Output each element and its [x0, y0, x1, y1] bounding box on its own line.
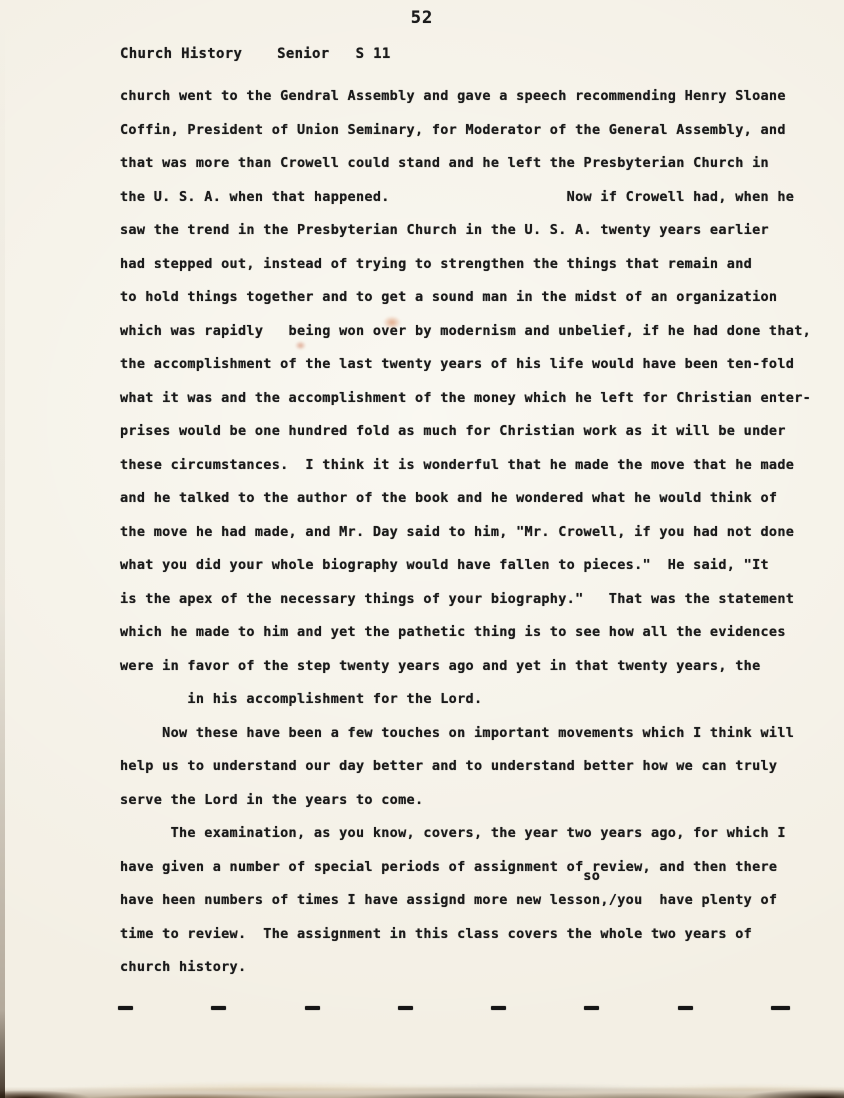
typed-line: the U. S. A. when that happened. Now if … — [120, 181, 830, 215]
typed-line: in his accomplishment for the Lord. — [120, 683, 830, 717]
typed-line: have heen numbers of times I have assign… — [120, 884, 830, 918]
typed-dash-mark — [398, 1006, 413, 1011]
typed-line: time to review. The assignment in this c… — [120, 918, 830, 952]
typed-body-text: church went to the Gendral Assembly and … — [120, 80, 830, 985]
typed-line: the accomplishment of the last twenty ye… — [120, 348, 830, 382]
scanned-typescript-page: 52 Church History Senior S 11 church wen… — [0, 0, 844, 1098]
scan-bottom-edge-shadow — [0, 1083, 844, 1098]
typed-dash-mark — [491, 1006, 506, 1011]
typed-line: is the apex of the necessary things of y… — [120, 583, 830, 617]
typed-line: were in favor of the step twenty years a… — [120, 650, 830, 684]
typed-line: that was more than Crowell could stand a… — [120, 147, 830, 181]
scan-left-edge-shadow — [0, 0, 5, 1098]
scan-bottom-haze — [0, 1061, 844, 1091]
typed-line: Coffin, President of Union Seminary, for… — [120, 114, 830, 148]
typed-line: The examination, as you know, covers, th… — [120, 817, 830, 851]
typed-line: to hold things together and to get a sou… — [120, 281, 830, 315]
typed-line: Now these have been a few touches on imp… — [120, 717, 830, 751]
typed-line: these circumstances. I think it is wonde… — [120, 449, 830, 483]
typed-line: prises would be one hundred fold as much… — [120, 415, 830, 449]
course-header: Church History Senior S 11 — [120, 46, 391, 62]
typed-line: have given a number of special periods o… — [120, 851, 830, 885]
typed-line: and he talked to the author of the book … — [120, 482, 830, 516]
page-number: 52 — [0, 8, 844, 28]
typed-line: the move he had made, and Mr. Day said t… — [120, 516, 830, 550]
typed-dash-mark — [118, 1006, 133, 1011]
typed-line: what it was and the accomplishment of th… — [120, 382, 830, 416]
inserted-word-above-line: so — [583, 867, 600, 885]
typed-dash-mark — [584, 1006, 599, 1011]
typed-line: what you did your whole biography would … — [120, 549, 830, 583]
typed-line: church went to the Gendral Assembly and … — [120, 80, 830, 114]
typed-dash-mark — [211, 1006, 226, 1011]
dash-separator-row — [118, 1002, 790, 1014]
typed-line: church history. — [120, 951, 830, 985]
typed-dash-mark — [305, 1006, 320, 1011]
typed-line: help us to understand our day better and… — [120, 750, 830, 784]
typed-line: saw the trend in the Presbyterian Church… — [120, 214, 830, 248]
typed-dash-mark — [678, 1006, 693, 1011]
typed-line: had stepped out, instead of trying to st… — [120, 248, 830, 282]
typed-line: which was rapidly being won over by mode… — [120, 315, 830, 349]
typed-line: which he made to him and yet the patheti… — [120, 616, 830, 650]
typed-line: serve the Lord in the years to come. — [120, 784, 830, 818]
typed-dash-mark — [771, 1006, 790, 1011]
